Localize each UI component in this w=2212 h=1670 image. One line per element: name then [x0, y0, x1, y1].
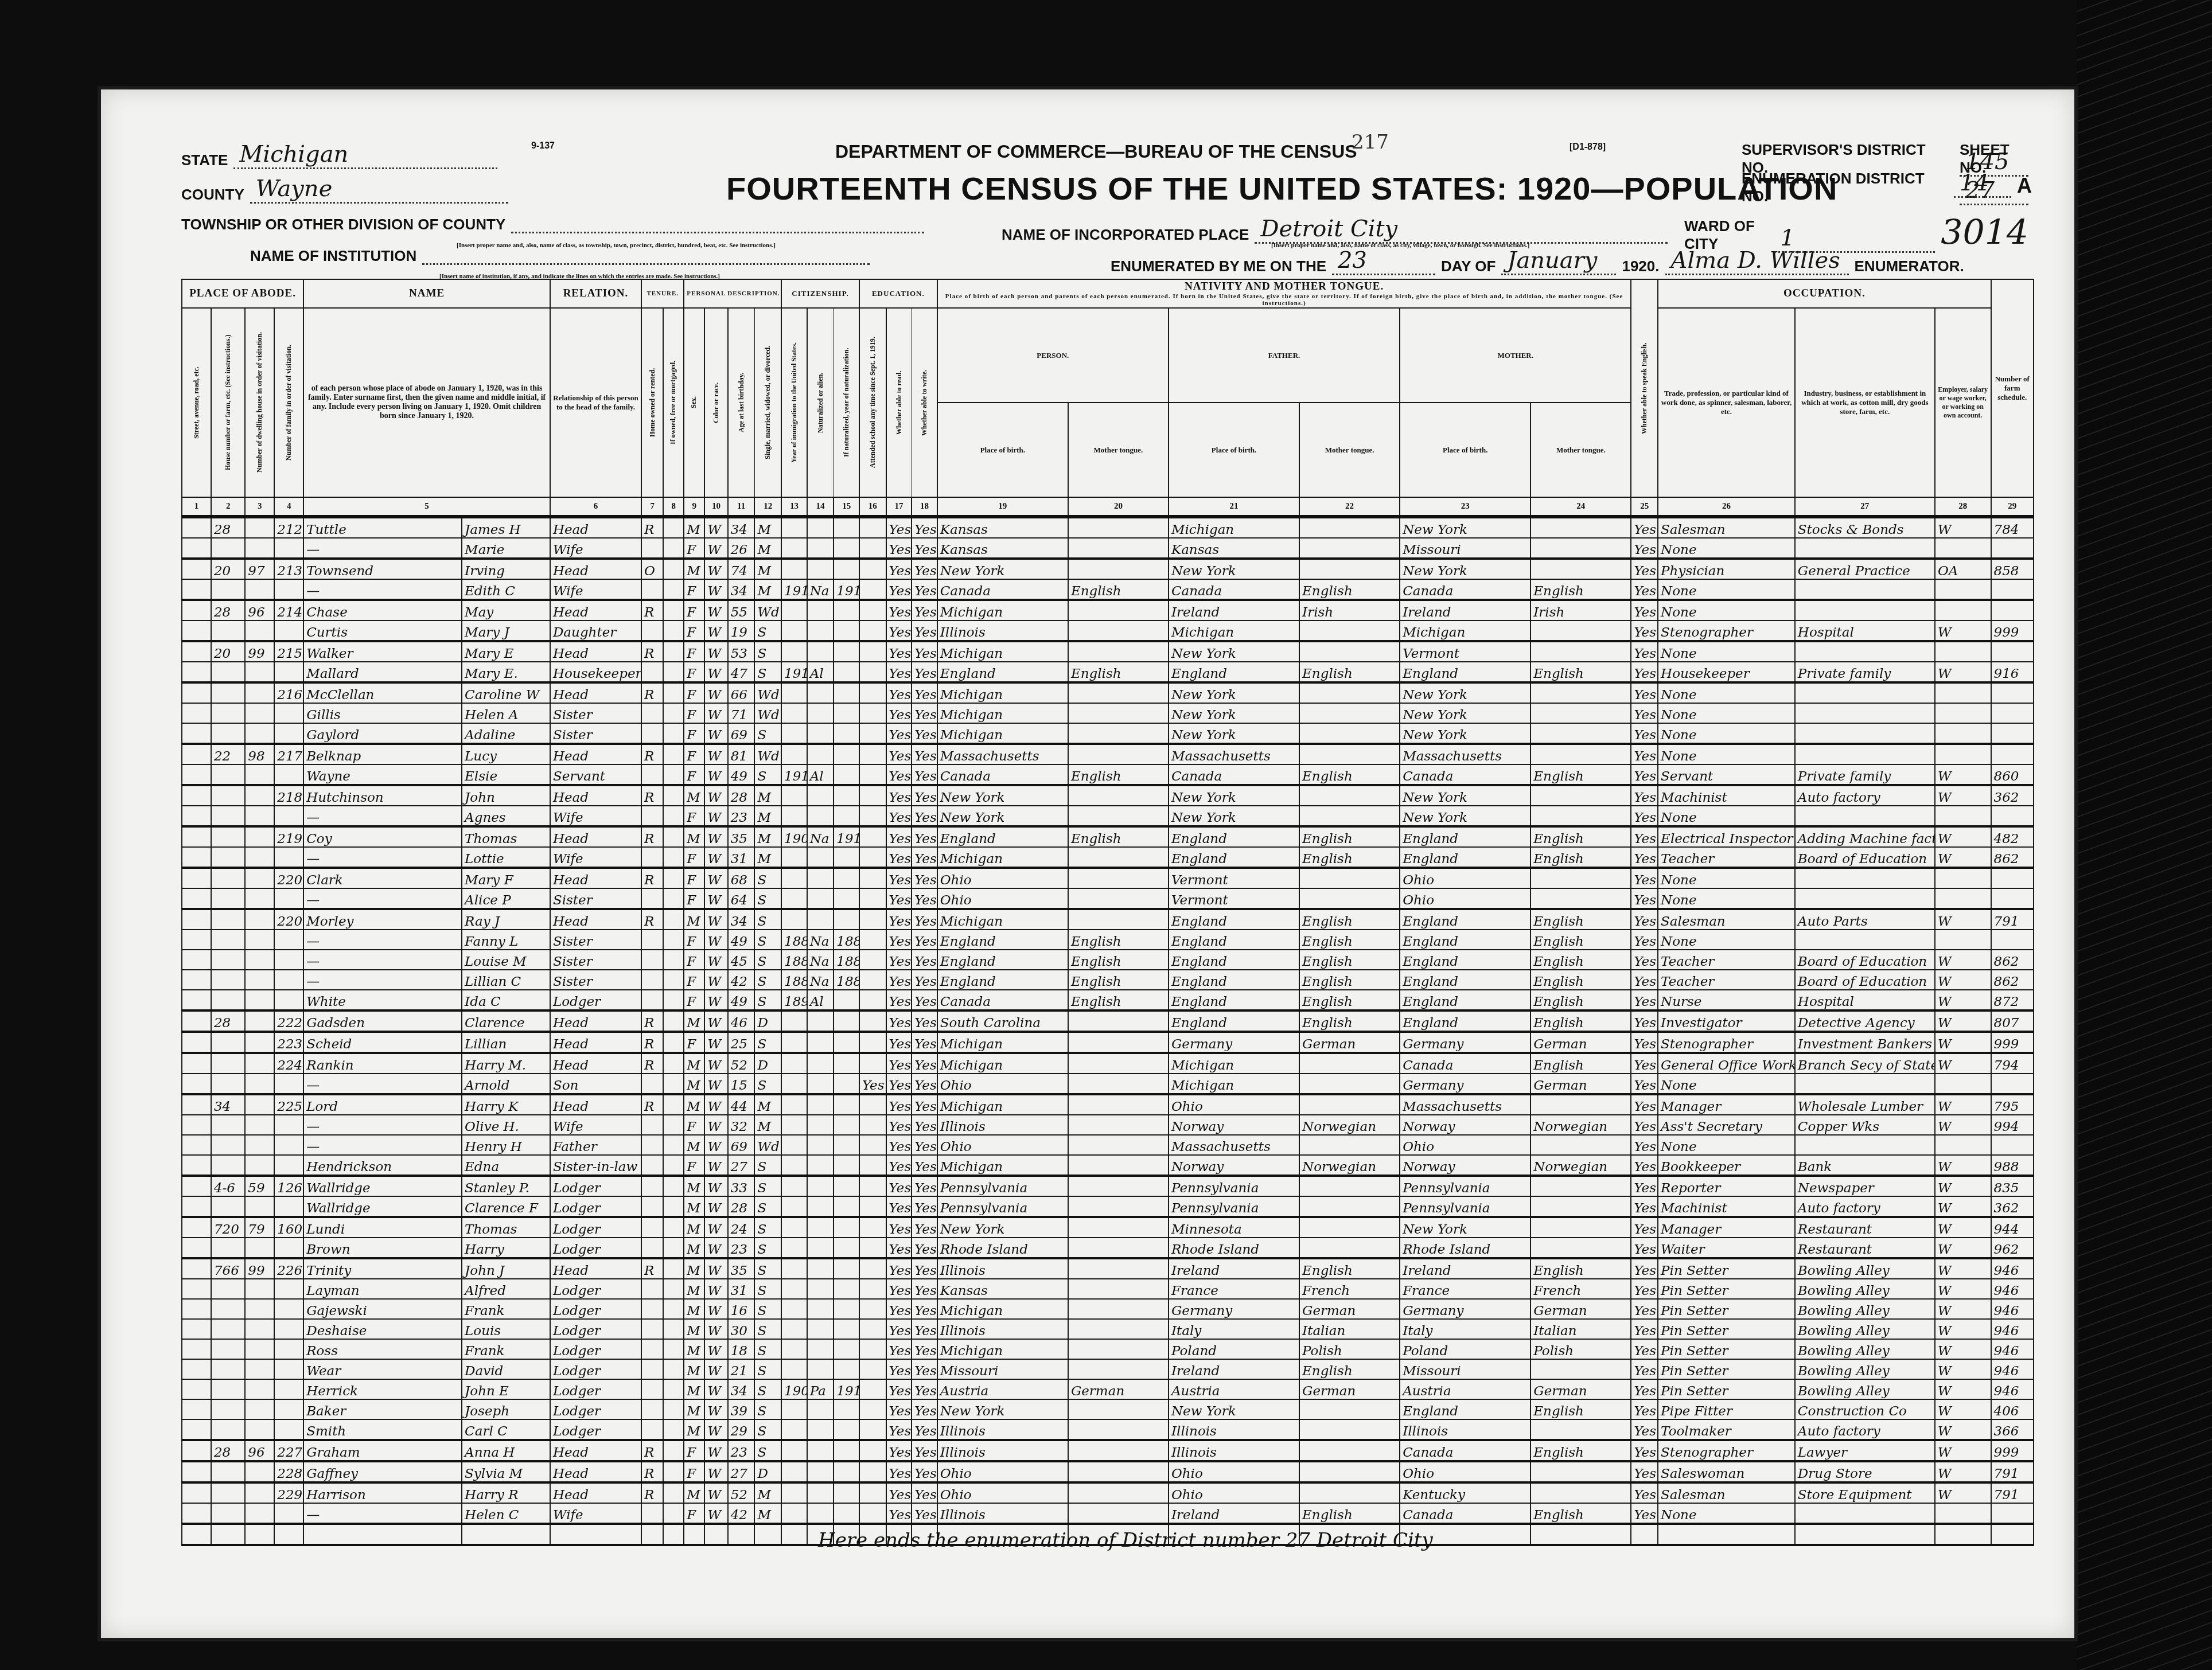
cell-family: 228	[274, 1461, 303, 1482]
cell-dwelling	[245, 682, 274, 703]
cell-school	[859, 517, 886, 538]
cell-marital: M	[754, 1094, 781, 1115]
cell-family	[274, 662, 303, 682]
cell-code: 791	[1991, 1461, 2034, 1482]
cell-marital: S	[754, 1440, 781, 1461]
cell-marital: Wd	[754, 682, 781, 703]
cell-f_pob: Ohio	[1169, 1482, 1299, 1503]
cell-street	[182, 744, 211, 764]
cell-read: Yes	[886, 826, 912, 847]
cell-relation: Lodger	[550, 1217, 641, 1238]
cell-marital: S	[754, 1379, 781, 1399]
cell-immig	[781, 909, 807, 930]
cell-immig	[781, 1155, 807, 1176]
cell-family	[274, 806, 303, 826]
cell-m_pob: Pennsylvania	[1400, 1176, 1531, 1196]
cell-street	[182, 1440, 211, 1461]
cell-pob: Kansas	[937, 538, 1068, 559]
cell-tenure: R	[641, 744, 663, 764]
cell-relation: Lodger	[550, 1379, 641, 1399]
cell-tenure	[641, 1399, 663, 1419]
cell-english: Yes	[1631, 1299, 1658, 1319]
cell-street	[182, 1503, 211, 1524]
cell-surname: —	[303, 847, 462, 868]
cell-family	[274, 1115, 303, 1135]
cell-age: 34	[728, 579, 755, 600]
cell-pob: Illinois	[937, 1503, 1068, 1524]
cell-dwelling	[245, 1503, 274, 1524]
cell-school	[859, 579, 886, 600]
cell-f_pob: Michigan	[1169, 1053, 1299, 1074]
cell-class: W	[1935, 1094, 1991, 1115]
cell-dwelling	[245, 806, 274, 826]
cell-tenure	[641, 970, 663, 990]
cell-read: Yes	[886, 744, 912, 764]
cell-race: W	[704, 1176, 727, 1196]
cell-street	[182, 1074, 211, 1094]
col-19-header: Place of birth.	[937, 403, 1068, 497]
cell-school	[859, 1461, 886, 1482]
cell-natyr	[834, 1461, 859, 1482]
cell-house	[211, 1461, 245, 1482]
cell-school	[859, 1379, 886, 1399]
cell-surname: Hendrickson	[303, 1155, 462, 1176]
cell-marital: Wd	[754, 703, 781, 723]
cell-m_tongue: English	[1531, 930, 1631, 950]
cell-family	[274, 847, 303, 868]
cell-write: Yes	[912, 1135, 937, 1155]
cell-tenure	[641, 1115, 663, 1135]
cell-house	[211, 1299, 245, 1319]
cell-owned	[663, 909, 684, 930]
cell-natyr	[834, 723, 859, 744]
cell-f_pob: Massachusetts	[1169, 744, 1299, 764]
cell-class	[1935, 1135, 1991, 1155]
cell-nat: Al	[807, 662, 834, 682]
cell-dwelling	[245, 538, 274, 559]
cell-trade: None	[1658, 888, 1795, 909]
cell-english: Yes	[1631, 538, 1658, 559]
cell-relation: Head	[550, 517, 641, 538]
cell-f_pob: Poland	[1169, 1339, 1299, 1359]
cell-tenure: R	[641, 517, 663, 538]
cell-tongue: English	[1068, 990, 1169, 1010]
cell-age: 34	[728, 1379, 755, 1399]
cell-house: 22	[211, 744, 245, 764]
cell-sex: F	[684, 1440, 704, 1461]
cell-nat	[807, 600, 834, 621]
cell-school	[859, 1440, 886, 1461]
cell-class	[1935, 723, 1991, 744]
cell-school	[859, 744, 886, 764]
cell-owned	[663, 1155, 684, 1176]
col-28-header: Employer, salary or wage worker, or work…	[1935, 308, 1991, 497]
cell-f_tongue	[1299, 1238, 1400, 1258]
cell-industry	[1795, 744, 1935, 764]
institution-value	[422, 263, 870, 265]
cell-tongue	[1068, 1196, 1169, 1217]
form-code: [D1-878]	[1570, 142, 1606, 153]
cell-dwelling	[245, 621, 274, 641]
cell-read: Yes	[886, 579, 912, 600]
cell-given: Louis	[462, 1319, 550, 1339]
cell-school	[859, 621, 886, 641]
cell-marital: S	[754, 1155, 781, 1176]
cell-read: Yes	[886, 888, 912, 909]
cell-age: 31	[728, 1279, 755, 1299]
cell-school	[859, 1359, 886, 1379]
cell-street	[182, 1176, 211, 1196]
cell-industry: General Practice	[1795, 559, 1935, 579]
cell-m_pob: Ohio	[1400, 1461, 1531, 1482]
cell-age: 16	[728, 1299, 755, 1319]
cell-school	[859, 1299, 886, 1319]
cell-f_tongue: English	[1299, 826, 1400, 847]
cell-code: 860	[1991, 764, 2034, 785]
cell-m_pob: Canada	[1400, 1053, 1531, 1074]
cell-empty	[781, 1524, 807, 1545]
cell-code: 858	[1991, 559, 2034, 579]
cell-dwelling	[245, 723, 274, 744]
cell-race: W	[704, 785, 727, 806]
column-number: 27	[1795, 497, 1935, 517]
cell-race: W	[704, 1379, 727, 1399]
cell-m_pob: New York	[1400, 723, 1531, 744]
cell-m_tongue: Italian	[1531, 1319, 1631, 1339]
cell-natyr	[834, 1135, 859, 1155]
cell-house	[211, 662, 245, 682]
cell-m_tongue	[1531, 1217, 1631, 1238]
cell-race: W	[704, 1461, 727, 1482]
cell-street	[182, 1482, 211, 1503]
cell-marital: S	[754, 868, 781, 888]
cell-trade: None	[1658, 1135, 1795, 1155]
cell-trade: Ass't Secretary	[1658, 1115, 1795, 1135]
cell-immig	[781, 1074, 807, 1094]
cell-english: Yes	[1631, 1010, 1658, 1032]
cell-age: 49	[728, 930, 755, 950]
cell-nat	[807, 1196, 834, 1217]
cell-family	[274, 950, 303, 970]
cell-tenure	[641, 888, 663, 909]
cell-tongue	[1068, 1238, 1169, 1258]
cell-read: Yes	[886, 1399, 912, 1419]
cell-m_pob: Germany	[1400, 1074, 1531, 1094]
cell-code: 835	[1991, 1176, 2034, 1196]
cell-house	[211, 1419, 245, 1440]
table-row: —Alice PSisterFW64SYesYesOhioVermontOhio…	[182, 888, 2034, 909]
cell-surname: Layman	[303, 1279, 462, 1299]
cell-industry	[1795, 888, 1935, 909]
cell-sex: F	[684, 888, 704, 909]
cell-immig	[781, 600, 807, 621]
cell-m_tongue	[1531, 517, 1631, 538]
cell-trade: Toolmaker	[1658, 1419, 1795, 1440]
cell-english: Yes	[1631, 1399, 1658, 1419]
cell-class: W	[1935, 785, 1991, 806]
cell-industry: Hospital	[1795, 621, 1935, 641]
cell-f_pob: New York	[1169, 785, 1299, 806]
cell-relation: Head	[550, 600, 641, 621]
cell-sex: F	[684, 662, 704, 682]
cell-class: W	[1935, 1379, 1991, 1399]
cell-house	[211, 806, 245, 826]
cell-code: 946	[1991, 1319, 2034, 1339]
cell-family: 224	[274, 1053, 303, 1074]
cell-owned	[663, 1399, 684, 1419]
cell-m_pob: Massachusetts	[1400, 1094, 1531, 1115]
cell-given: Louise M	[462, 950, 550, 970]
cell-relation: Sister	[550, 888, 641, 909]
cell-write: Yes	[912, 990, 937, 1010]
cell-f_tongue	[1299, 744, 1400, 764]
cell-immig	[781, 1217, 807, 1238]
col-10-header: Color or race.	[704, 308, 727, 497]
cell-tongue	[1068, 559, 1169, 579]
cell-english: Yes	[1631, 1339, 1658, 1359]
cell-english: Yes	[1631, 1074, 1658, 1094]
cell-race: W	[704, 1319, 727, 1339]
stamp-right: 3014	[1941, 213, 2028, 253]
cell-race: W	[704, 703, 727, 723]
cell-nat	[807, 1115, 834, 1135]
cell-pob: Michigan	[937, 1094, 1068, 1115]
cell-marital: S	[754, 1238, 781, 1258]
cell-given: Mary E	[462, 641, 550, 662]
cell-pob: Michigan	[937, 847, 1068, 868]
cell-f_tongue	[1299, 517, 1400, 538]
cell-school	[859, 1482, 886, 1503]
cell-class: W	[1935, 1482, 1991, 1503]
cell-marital: S	[754, 950, 781, 970]
cell-house	[211, 1115, 245, 1135]
cell-school	[859, 538, 886, 559]
table-row: —ArnoldSonMW15SYesYesYesOhioMichiganGerm…	[182, 1074, 2034, 1094]
cell-nat	[807, 909, 834, 930]
cell-industry: Private family	[1795, 662, 1935, 682]
cell-f_tongue: Norwegian	[1299, 1115, 1400, 1135]
cell-relation: Head	[550, 1440, 641, 1461]
cell-read: Yes	[886, 662, 912, 682]
cell-sex: M	[684, 1135, 704, 1155]
col-group-citizenship: CITIZENSHIP.	[781, 279, 859, 308]
cell-code	[1991, 600, 2034, 621]
table-row: DeshaiseLouisLodgerMW30SYesYesIllinoisIt…	[182, 1319, 2034, 1339]
cell-owned	[663, 950, 684, 970]
cell-race: W	[704, 1279, 727, 1299]
cell-age: 52	[728, 1482, 755, 1503]
cell-empty	[1991, 1524, 2034, 1545]
cell-house: 34	[211, 1094, 245, 1115]
col-3-header: Number of dwelling house in order of vis…	[245, 308, 274, 497]
cell-surname: Lundi	[303, 1217, 462, 1238]
cell-class: W	[1935, 1258, 1991, 1279]
sheet-letter: A	[2017, 174, 2032, 198]
cell-school	[859, 930, 886, 950]
cell-natyr	[834, 600, 859, 621]
cell-write: Yes	[912, 621, 937, 641]
cell-read: Yes	[886, 764, 912, 785]
cell-read: Yes	[886, 1419, 912, 1440]
cell-f_pob: France	[1169, 1279, 1299, 1299]
cell-sex: F	[684, 621, 704, 641]
cell-f_pob: Illinois	[1169, 1419, 1299, 1440]
cell-marital: S	[754, 1032, 781, 1053]
cell-surname: Tuttle	[303, 517, 462, 538]
cell-immig: 1910	[781, 662, 807, 682]
cell-school	[859, 970, 886, 990]
table-row: RossFrankLodgerMW18SYesYesMichiganPoland…	[182, 1339, 2034, 1359]
cell-surname: Gajewski	[303, 1299, 462, 1319]
cell-f_pob: Vermont	[1169, 868, 1299, 888]
cell-pob: Illinois	[937, 621, 1068, 641]
cell-pob: Illinois	[937, 1419, 1068, 1440]
cell-relation: Housekeeper	[550, 662, 641, 682]
cell-class	[1935, 703, 1991, 723]
cell-tongue: English	[1068, 930, 1169, 950]
cell-english: Yes	[1631, 909, 1658, 930]
cell-owned	[663, 1482, 684, 1503]
cell-m_pob: Austria	[1400, 1379, 1531, 1399]
cell-read: Yes	[886, 1279, 912, 1299]
cell-pob: Pennsylvania	[937, 1176, 1068, 1196]
cell-immig	[781, 1440, 807, 1461]
cell-write: Yes	[912, 826, 937, 847]
cell-surname: Graham	[303, 1440, 462, 1461]
cell-tongue	[1068, 723, 1169, 744]
cell-trade: Salesman	[1658, 909, 1795, 930]
cell-marital: M	[754, 1115, 781, 1135]
cell-race: W	[704, 868, 727, 888]
cell-family	[274, 621, 303, 641]
cell-sex: M	[684, 1053, 704, 1074]
cell-industry: Hospital	[1795, 990, 1935, 1010]
cell-industry	[1795, 579, 1935, 600]
cell-age: 47	[728, 662, 755, 682]
cell-write: Yes	[912, 1319, 937, 1339]
cell-owned	[663, 1217, 684, 1238]
cell-f_pob: Ireland	[1169, 600, 1299, 621]
cell-race: W	[704, 662, 727, 682]
cell-f_tongue: English	[1299, 970, 1400, 990]
cell-street	[182, 1053, 211, 1074]
cell-immig	[781, 806, 807, 826]
cell-trade: Investigator	[1658, 1010, 1795, 1032]
cell-read: Yes	[886, 559, 912, 579]
cell-owned	[663, 847, 684, 868]
cell-tongue	[1068, 1399, 1169, 1419]
cell-pob: Michigan	[937, 600, 1068, 621]
cell-family: 225	[274, 1094, 303, 1115]
column-number: 15	[834, 497, 859, 517]
cell-immig	[781, 703, 807, 723]
cell-class: W	[1935, 1319, 1991, 1339]
closing-note: Here ends the enumeration of District nu…	[818, 1529, 1433, 1552]
cell-class: W	[1935, 970, 1991, 990]
cell-age: 15	[728, 1074, 755, 1094]
cell-empty	[1531, 1524, 1631, 1545]
cell-f_tongue	[1299, 1053, 1400, 1074]
cell-natyr	[834, 785, 859, 806]
column-number: 24	[1531, 497, 1631, 517]
cell-m_tongue: English	[1531, 579, 1631, 600]
cell-immig: 1912	[781, 764, 807, 785]
cell-english: Yes	[1631, 723, 1658, 744]
cell-tongue	[1068, 1217, 1169, 1238]
cell-pob: Canada	[937, 579, 1068, 600]
cell-read: Yes	[886, 1359, 912, 1379]
cell-nat: Pa	[807, 1379, 834, 1399]
cell-tenure	[641, 1238, 663, 1258]
cell-f_tongue	[1299, 868, 1400, 888]
cell-owned	[663, 744, 684, 764]
cell-tongue	[1068, 888, 1169, 909]
cell-f_tongue	[1299, 1196, 1400, 1217]
cell-m_pob: England	[1400, 930, 1531, 950]
col-17-header: Whether able to read.	[886, 308, 912, 497]
cell-class: W	[1935, 1279, 1991, 1299]
cell-english: Yes	[1631, 1217, 1658, 1238]
cell-trade: None	[1658, 641, 1795, 662]
cell-m_tongue: German	[1531, 1074, 1631, 1094]
cell-english: Yes	[1631, 1155, 1658, 1176]
cell-tongue	[1068, 1074, 1169, 1094]
cell-english: Yes	[1631, 641, 1658, 662]
cell-pob: Austria	[937, 1379, 1068, 1399]
cell-street	[182, 1258, 211, 1279]
cell-dwelling	[245, 1299, 274, 1319]
cell-given: Lucy	[462, 744, 550, 764]
cell-given: Elsie	[462, 764, 550, 785]
cell-empty	[728, 1524, 755, 1545]
cell-trade: Physician	[1658, 559, 1795, 579]
cell-tongue	[1068, 1010, 1169, 1032]
cell-read: Yes	[886, 1155, 912, 1176]
cell-given: Ida C	[462, 990, 550, 1010]
cell-street	[182, 703, 211, 723]
cell-school	[859, 1053, 886, 1074]
cell-trade: None	[1658, 682, 1795, 703]
cell-owned	[663, 1279, 684, 1299]
cell-pob: Illinois	[937, 1115, 1068, 1135]
cell-nat: Na	[807, 930, 834, 950]
cell-immig	[781, 1279, 807, 1299]
cell-age: 74	[728, 559, 755, 579]
cell-f_pob: England	[1169, 662, 1299, 682]
cell-street	[182, 662, 211, 682]
cell-family: 222	[274, 1010, 303, 1032]
cell-family: 126	[274, 1176, 303, 1196]
cell-code: 362	[1991, 785, 2034, 806]
cell-trade: Stenographer	[1658, 621, 1795, 641]
cell-marital: S	[754, 1176, 781, 1196]
cell-age: 26	[728, 538, 755, 559]
cell-immig	[781, 868, 807, 888]
cell-write: Yes	[912, 1440, 937, 1461]
cell-street	[182, 559, 211, 579]
column-number: 25	[1631, 497, 1658, 517]
cell-dwelling	[245, 1379, 274, 1399]
cell-write: Yes	[912, 785, 937, 806]
cell-write: Yes	[912, 909, 937, 930]
cell-family	[274, 990, 303, 1010]
cell-marital: S	[754, 1419, 781, 1440]
cell-read: Yes	[886, 806, 912, 826]
cell-surname: —	[303, 888, 462, 909]
table-row: 28212TuttleJames HHeadRMW34MYesYesKansas…	[182, 517, 2034, 538]
cell-f_pob: Michigan	[1169, 621, 1299, 641]
cell-relation: Lodger	[550, 1359, 641, 1379]
